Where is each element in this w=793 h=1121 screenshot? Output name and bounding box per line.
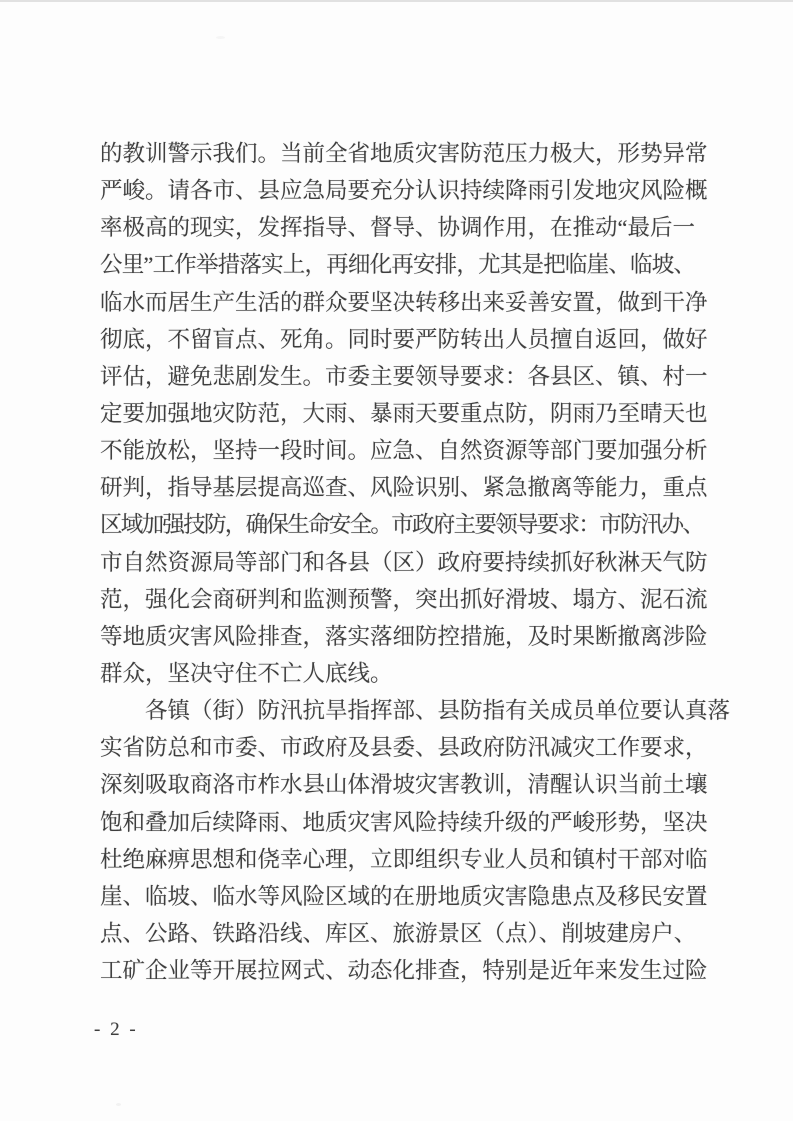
text-line: 工矿企业等开展拉网式、动态化排查，特别是近年来发生过险 [100,952,730,989]
scanned-document-page: 的教训警示我们。当前全省地质灾害防范压力极大，形势异常 严峻。请各市、县应急局要… [0,0,793,1121]
text-line: 范，强化会商研判和监测预警，突出抓好滑坡、塌方、泥石流 [100,581,730,618]
text-line: 评估，避免悲剧发生。市委主要领导要求：各县区、镇、村一 [100,358,730,395]
scan-artifact-smudge [116,1103,121,1106]
text-line: 饱和叠加后续降雨、地质灾害风险持续升级的严峻形势，坚决 [100,804,730,841]
text-line: 公里”工作举措落实上，再细化再安排，尤其是把临崖、临坡、 [100,246,730,283]
scan-artifact-smudge [216,36,225,39]
scan-top-edge-line [0,0,793,2]
text-line: 区域加强技防，确保生命安全。市政府主要领导要求：市防汛办、 [100,506,730,543]
text-line: 严峻。请各市、县应急局要充分认识持续降雨引发地灾风险概 [100,172,730,209]
paragraph: 各镇（街）防汛抗旱指挥部、县防指有关成员单位要认真落 实省防总和市委、市政府及县… [100,692,730,989]
text-line: 率极高的现实，发挥指导、督导、协调作用，在推动“最后一 [100,209,730,246]
text-line: 等地质灾害风险排查，落实落细防控措施，及时果断撤离涉险 [100,618,730,655]
text-line: 的教训警示我们。当前全省地质灾害防范压力极大，形势异常 [100,135,730,172]
text-line: 点、公路、铁路沿线、库区、旅游景区（点）、削坡建房户、 [100,915,730,952]
page-number: - 2 - [94,1019,137,1041]
text-line: 实省防总和市委、市政府及县委、县政府防汛减灾工作要求， [100,729,730,766]
text-line: 定要加强地灾防范，大雨、暴雨天要重点防，阴雨乃至晴天也 [100,395,730,432]
text-line: 崖、临坡、临水等风险区域的在册地质灾害隐患点及移民安置 [100,878,730,915]
text-line: 彻底，不留盲点、死角。同时要严防转出人员擅自返回，做好 [100,321,730,358]
text-line: 深刻吸取商洛市柞水县山体滑坡灾害教训，清醒认识当前土壤 [100,766,730,803]
text-line: 杜绝麻痹思想和侥幸心理，立即组织专业人员和镇村干部对临 [100,841,730,878]
text-line: 市自然资源局等部门和各县（区）政府要持续抓好秋淋天气防 [100,544,730,581]
text-line: 研判，指导基层提高巡查、风险识别、紧急撤离等能力，重点 [100,469,730,506]
paragraph-continuation: 的教训警示我们。当前全省地质灾害防范压力极大，形势异常 严峻。请各市、县应急局要… [100,135,730,692]
text-line: 各镇（街）防汛抗旱指挥部、县防指有关成员单位要认真落 [100,692,730,729]
document-body-text: 的教训警示我们。当前全省地质灾害防范压力极大，形势异常 严峻。请各市、县应急局要… [100,135,730,989]
text-line: 群众，坚决守住不亡人底线。 [100,655,730,692]
text-line: 不能放松，坚持一段时间。应急、自然资源等部门要加强分析 [100,432,730,469]
text-line: 临水而居生产生活的群众要坚决转移出来妥善安置，做到干净 [100,284,730,321]
